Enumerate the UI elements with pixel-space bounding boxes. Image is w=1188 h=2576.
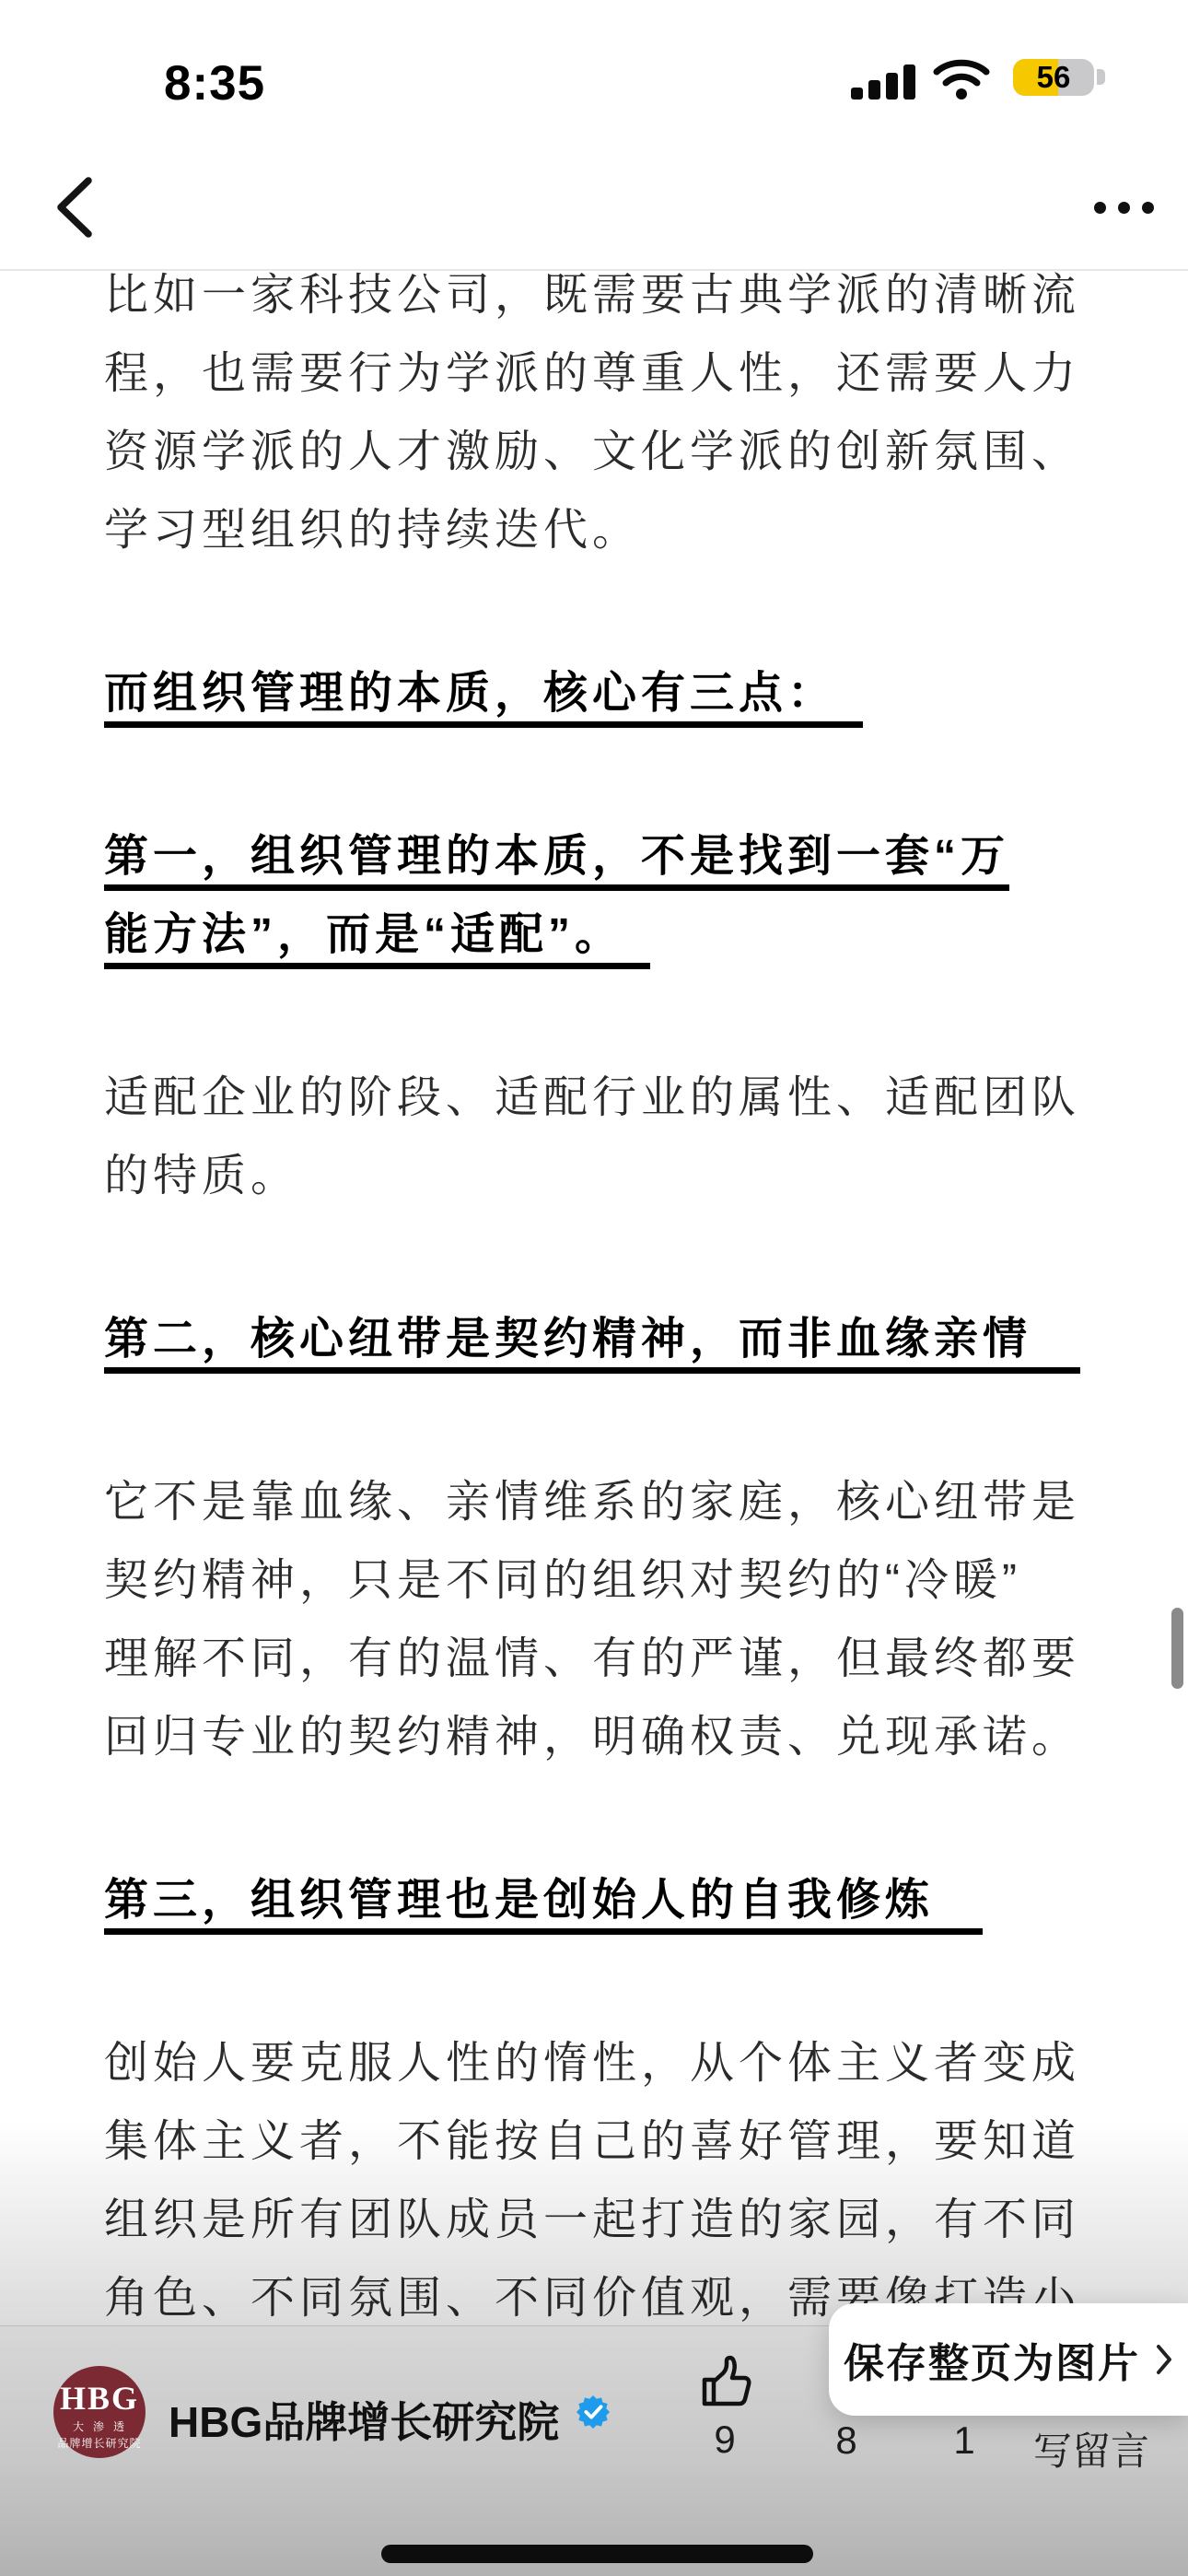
chevron-left-icon bbox=[53, 176, 96, 240]
article-paragraph: 适配企业的阶段、适配行业的属性、适配团队 的特质。 bbox=[104, 1059, 1108, 1215]
wow-count: 8 bbox=[814, 2418, 879, 2463]
thumbs-up-icon bbox=[697, 2354, 752, 2409]
article-heading: 而组织管理的本质，核心有三点： bbox=[104, 654, 1108, 732]
battery-icon: 56 bbox=[1013, 59, 1094, 96]
article-paragraph: 创始人要克服人性的惰性，从个体主义者变成 集体主义者，不能按自己的喜好管理，要知… bbox=[104, 2024, 1108, 2337]
article-heading: 第二，核心纽带是契约精神，而非血缘亲情 bbox=[104, 1300, 1108, 1378]
screen: 8:35 56 比如一家科技公司，既需要古典学派的清晰流 程，也需要行 bbox=[0, 0, 1188, 2576]
ellipsis-icon bbox=[1094, 202, 1106, 214]
chevron-right-icon bbox=[1155, 2343, 1173, 2376]
avatar-logo-sub1: 大渗透 bbox=[61, 2418, 146, 2434]
scrollbar-thumb[interactable] bbox=[1171, 1608, 1183, 1689]
save-page-label: 保存整页为图片 bbox=[844, 2330, 1140, 2389]
status-time: 8:35 bbox=[164, 55, 265, 111]
article-paragraph: 比如一家科技公司，既需要古典学派的清晰流 程，也需要行为学派的尊重人性，还需要人… bbox=[104, 256, 1108, 569]
account-name[interactable]: HBG品牌增长研究院 bbox=[169, 2389, 559, 2450]
like-count: 9 bbox=[693, 2418, 757, 2462]
article-heading: 第一，组织管理的本质，不是找到一套“万 能方法”，而是“适配”。 bbox=[104, 817, 1108, 974]
comment-button[interactable]: 写留言 bbox=[1033, 2421, 1149, 2476]
favorite-count: 1 bbox=[932, 2418, 996, 2463]
like-button[interactable]: 9 bbox=[693, 2354, 757, 2462]
article-paragraph: 它不是靠血缘、亲情维系的家庭，核心纽带是 契约精神，只是不同的组织对契约的“冷暖… bbox=[104, 1463, 1108, 1776]
battery-cap bbox=[1097, 69, 1105, 85]
save-page-button[interactable]: 保存整页为图片 bbox=[829, 2303, 1188, 2416]
avatar-logo-text: HBG bbox=[53, 2379, 146, 2418]
more-button[interactable] bbox=[1077, 180, 1170, 235]
verified-badge-icon bbox=[576, 2395, 611, 2430]
home-indicator[interactable] bbox=[381, 2545, 813, 2563]
status-icons: 56 bbox=[847, 57, 1114, 101]
article-body: 比如一家科技公司，既需要古典学派的清晰流 程，也需要行为学派的尊重人性，还需要人… bbox=[104, 256, 1108, 2422]
avatar-logo-sub2: 品牌增长研究院 bbox=[53, 2435, 146, 2451]
favorite-button[interactable]: 1 bbox=[932, 2415, 996, 2463]
article-heading: 第三，组织管理也是创始人的自我修炼 bbox=[104, 1861, 1108, 1939]
account-avatar[interactable]: HBG 大渗透 品牌增长研究院 bbox=[53, 2366, 146, 2458]
back-button[interactable] bbox=[46, 170, 101, 244]
wow-button[interactable]: 8 bbox=[814, 2415, 879, 2463]
battery-percent: 56 bbox=[1013, 59, 1094, 96]
wifi-icon bbox=[931, 57, 992, 100]
